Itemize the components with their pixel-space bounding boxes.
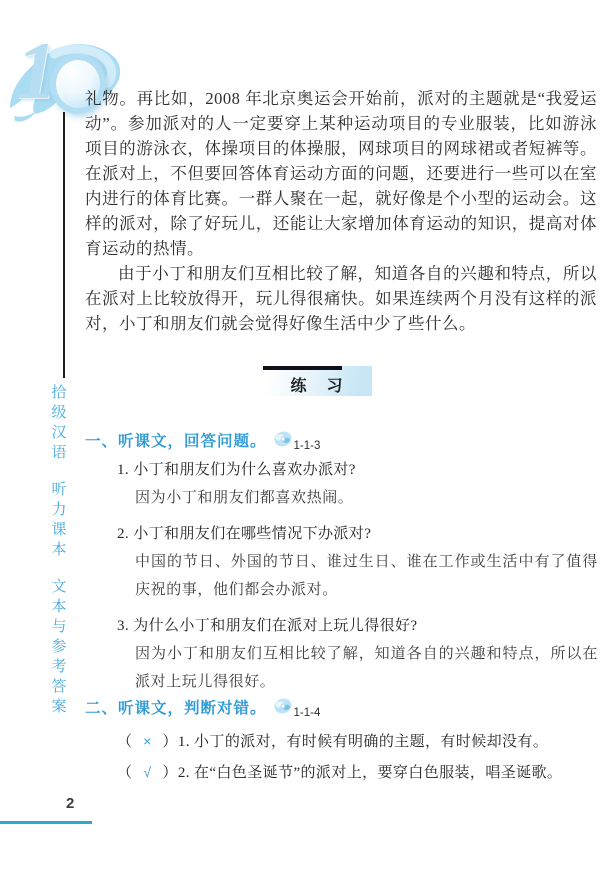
open-bracket: （: [117, 765, 132, 781]
audio-track-label: 1-1-3: [294, 440, 321, 452]
true-false-list: （×）1. 小丁的派对，有时候有明确的主题，有时候却没有。 （√）2. 在“白色…: [117, 727, 598, 788]
truefalse-mark: ×: [132, 727, 162, 757]
exercise-section-header: 练 习: [263, 366, 372, 396]
close-bracket: ）: [162, 765, 177, 781]
book-subtitle: 文本与参考答案: [48, 578, 69, 718]
page-number: 2: [66, 795, 74, 812]
answer-text: 因为小丁和朋友们都喜欢热闹。: [117, 484, 598, 513]
series-title: 拾级汉语: [48, 384, 69, 464]
book-type: 听力课本: [48, 481, 69, 561]
section2-heading: 二、听课文，判断对错。 1-1-4: [85, 696, 320, 720]
qa-item: 1. 小丁和朋友们为什么喜欢办派对? 因为小丁和朋友们都喜欢热闹。: [117, 456, 598, 513]
reading-passage: 礼物。再比如，2008 年北京奥运会开始前，派对的主题就是“我爱运动”。参加派对…: [85, 86, 597, 336]
chapter-digit-one: 1: [16, 30, 57, 112]
open-bracket: （: [117, 734, 132, 750]
sidebar-vertical-titles: 拾级汉语 听力课本 文本与参考答案: [40, 384, 76, 718]
footer-accent-line: [0, 821, 92, 824]
statement-text: 1. 小丁的派对，有时候有明确的主题，有时候却没有。: [178, 734, 548, 750]
truefalse-mark: √: [132, 758, 162, 788]
section2-title: 二、听课文，判断对错。: [85, 696, 267, 718]
answer-text: 中国的节日、外国的节日、谁过生日、谁在工作或生活中有了值得庆祝的事，他们都会办派…: [117, 548, 598, 605]
qa-item: 2. 小丁和朋友们在哪些情况下办派对? 中国的节日、外国的节日、谁过生日、谁在工…: [117, 520, 598, 605]
true-false-row: （√）2. 在“白色圣诞节”的派对上，要穿白色服装，唱圣诞歌。: [117, 758, 598, 789]
question-text: 3. 为什么小丁和朋友们在派对上玩儿得很好?: [117, 612, 598, 640]
question-answer-list: 1. 小丁和朋友们为什么喜欢办派对? 因为小丁和朋友们都喜欢热闹。 2. 小丁和…: [117, 456, 598, 704]
question-text: 1. 小丁和朋友们为什么喜欢办派对?: [117, 456, 598, 484]
true-false-row: （×）1. 小丁的派对，有时候有明确的主题，有时候却没有。: [117, 727, 598, 758]
audio-disc-icon: [273, 697, 293, 720]
close-bracket: ）: [162, 734, 177, 750]
audio-disc-icon: [273, 430, 293, 453]
answer-text: 因为小丁和朋友们互相比较了解，知道各自的兴趣和特点，所以在派对上玩儿得很好。: [117, 640, 598, 697]
qa-item: 3. 为什么小丁和朋友们在派对上玩儿得很好? 因为小丁和朋友们互相比较了解，知道…: [117, 612, 598, 697]
audio-track-label: 1-1-4: [294, 707, 321, 719]
question-text: 2. 小丁和朋友们在哪些情况下办派对?: [117, 520, 598, 548]
left-vertical-rule: [63, 112, 65, 378]
textbook-page: 1 拾级汉语 听力课本 文本与参考答案 礼物。再比如，2008 年北京奥运会开始…: [0, 0, 606, 874]
exercise-header-label: 练 习: [263, 366, 372, 396]
passage-paragraph-1: 礼物。再比如，2008 年北京奥运会开始前，派对的主题就是“我爱运动”。参加派对…: [85, 86, 597, 261]
statement-text: 2. 在“白色圣诞节”的派对上，要穿白色服装，唱圣诞歌。: [178, 765, 563, 781]
section1-heading: 一、听课文，回答问题。 1-1-3: [85, 429, 320, 453]
passage-paragraph-2: 由于小丁和朋友们互相比较了解，知道各自的兴趣和特点，所以在派对上比较放得开，玩儿…: [85, 261, 597, 336]
header-dark-bar: [263, 366, 342, 370]
section1-title: 一、听课文，回答问题。: [85, 429, 267, 451]
